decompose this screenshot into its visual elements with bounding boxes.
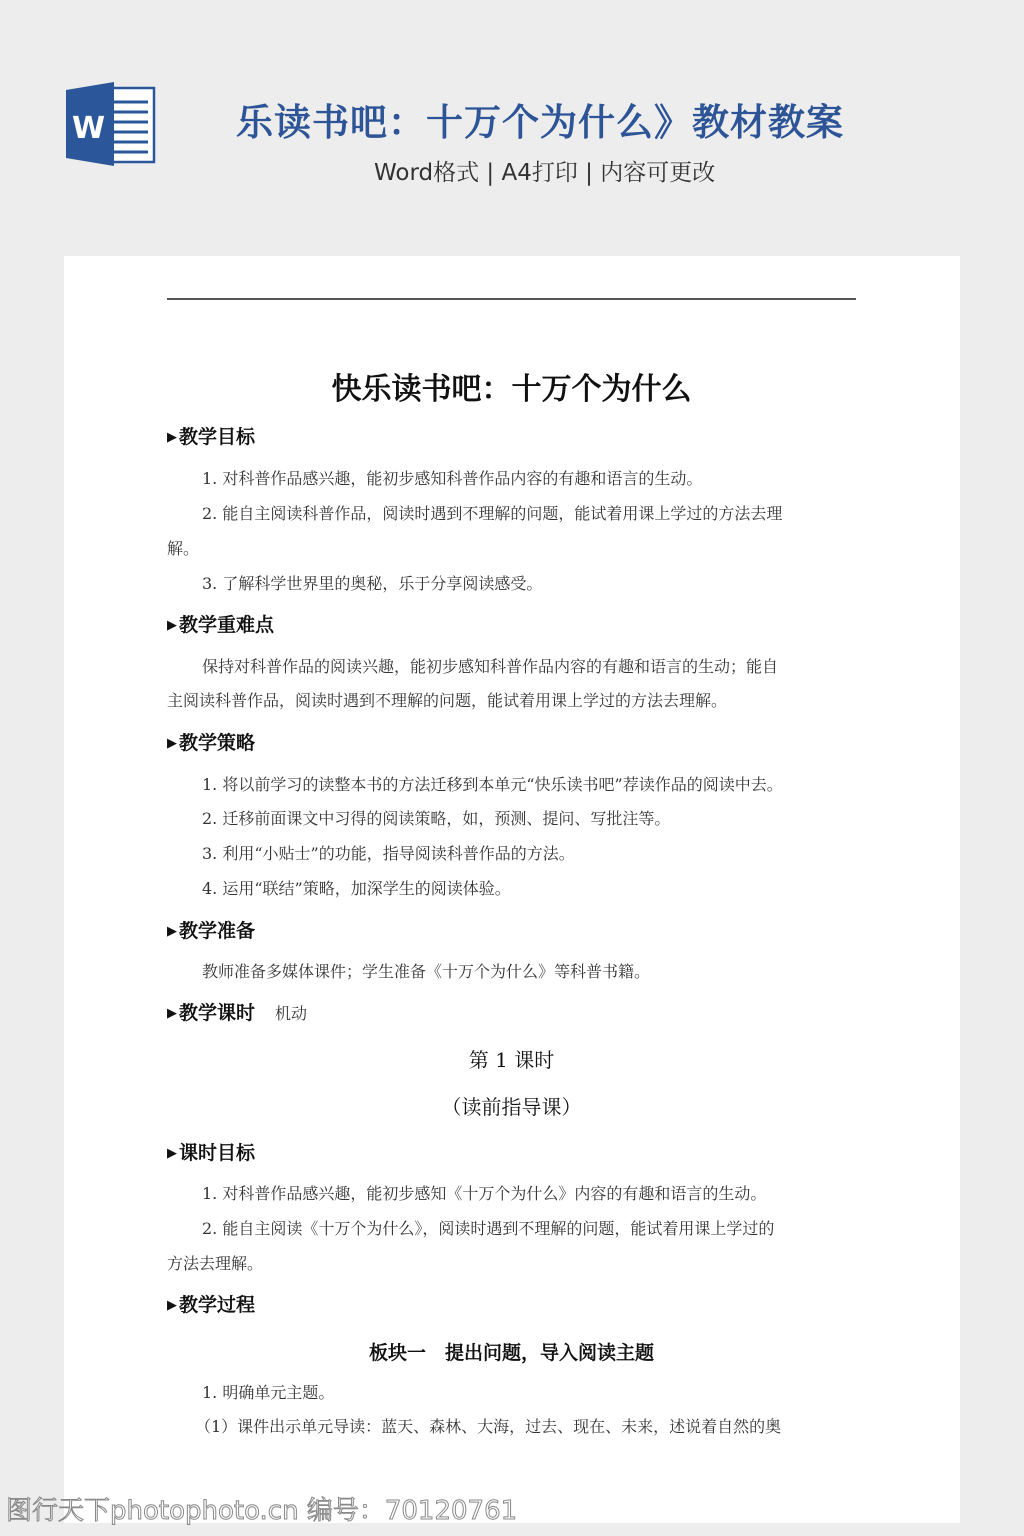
triangle-bullet-icon: ▶ [167,1006,177,1021]
document-title: 快乐读书吧：十万个为什么 [167,364,856,408]
section-heading-lesson-goals: ▶课时目标 [167,1138,255,1165]
lesson-title: 第 1 课时 [167,1044,856,1073]
goal-item: 2. 能自主阅读科普作品，阅读时遇到不理解的问题，能试着用课上学过的方法去理 [167,501,856,524]
key-points-line: 主阅读科普作品，阅读时遇到不理解的问题，能试着用课上学过的方法去理解。 [167,688,856,711]
triangle-bullet-icon: ▶ [167,1146,177,1161]
process-line: （1）课件出示单元导读：蓝天、森林、大海，过去、现在、未来，述说着自然的奥 [167,1414,856,1437]
header-rule [167,298,856,300]
document-page: 快乐读书吧：十万个为什么 ▶教学目标 1. 对科普作品感兴趣，能初步感知科普作品… [64,256,960,1523]
strategy-item: 3. 利用“小贴士”的功能，指导阅读科普作品的方法。 [167,841,856,864]
section-heading-process: ▶教学过程 [167,1290,255,1317]
key-points-line: 保持对科普作品的阅读兴趣，能初步感知科普作品内容的有趣和语言的生动；能自 [167,654,856,677]
process-line: 1. 明确单元主题。 [167,1380,856,1403]
lesson-goal-item: 2. 能自主阅读《十万个为什么》，阅读时遇到不理解的问题，能试着用课上学过的 [167,1216,856,1239]
strategy-item: 4. 运用“联结”策略，加深学生的阅读体验。 [167,876,856,899]
lesson-goal-item: 1. 对科普作品感兴趣，能初步感知《十万个为什么》内容的有趣和语言的生动。 [167,1181,856,1204]
triangle-bullet-icon: ▶ [167,618,177,633]
section-heading-strategy: ▶教学策略 [167,728,255,755]
lesson-subtitle: （读前指导课） [167,1091,856,1120]
triangle-bullet-icon: ▶ [167,1298,177,1313]
goal-item-continued: 解。 [167,536,856,559]
hours-value: 机动 [275,1004,307,1023]
section-heading-hours: ▶教学课时机动 [167,998,307,1025]
section-heading-preparation: ▶教学准备 [167,916,255,943]
triangle-bullet-icon: ▶ [167,430,177,445]
word-document-icon: W [66,82,156,166]
banner-subtitle: Word格式 | A4打印 | 内容可更改 [374,154,715,187]
triangle-bullet-icon: ▶ [167,924,177,939]
strategy-item: 2. 迁移前面课文中习得的阅读策略，如，预测、提问、写批注等。 [167,806,856,829]
goal-item: 3. 了解科学世界里的奥秘，乐于分享阅读感受。 [167,571,856,594]
lesson-goal-item-continued: 方法去理解。 [167,1251,856,1274]
preparation-text: 教师准备多媒体课件；学生准备《十万个为什么》等科普书籍。 [167,959,856,982]
triangle-bullet-icon: ▶ [167,736,177,751]
goal-item: 1. 对科普作品感兴趣，能初步感知科普作品内容的有趣和语言的生动。 [167,466,856,489]
section-heading-key-points: ▶教学重难点 [167,610,274,637]
banner-title: 乐读书吧：十万个为什么》教材教案 [236,92,896,146]
strategy-item: 1. 将以前学习的读整本书的方法迁移到本单元“快乐读书吧”荐读作品的阅读中去。 [167,772,856,795]
watermark: 图行天下photophoto.cn 编号：70120761 [6,1490,517,1527]
header-banner: W 乐读书吧：十万个为什么》教材教案 Word格式 | A4打印 | 内容可更改 [0,0,1024,256]
section-heading-goals: ▶教学目标 [167,422,255,449]
svg-text:W: W [72,111,105,146]
block-title: 板块一 提出问题，导入阅读主题 [167,1338,856,1365]
